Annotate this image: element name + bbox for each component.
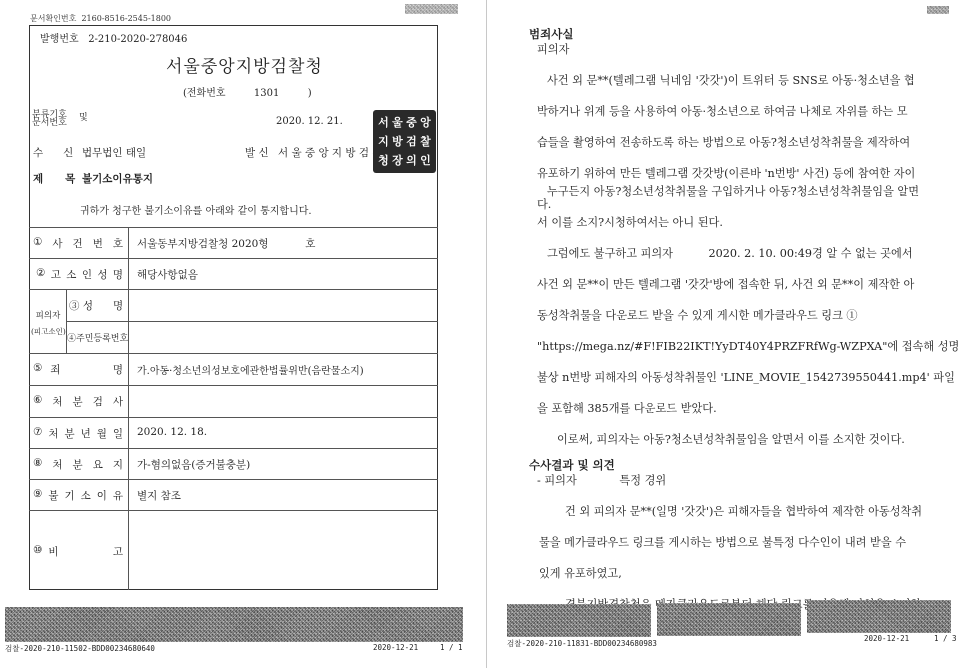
suspect-label: 피의자: [537, 34, 569, 65]
para1-line: 습들을 촬영하여 전송하도록 하는 방법으로 아동?청소년성착취물을 제작하여: [537, 127, 915, 158]
seal-char: 검: [405, 133, 418, 151]
seal-char: 인: [419, 151, 432, 169]
seal-char: 중: [405, 114, 418, 132]
label-char: 사: [113, 394, 123, 409]
label-char: 고: [51, 267, 61, 282]
classification-and: 및: [79, 110, 88, 123]
label-char: 분: [64, 426, 74, 441]
label-char: 처: [52, 457, 62, 472]
paragraph-2: 누구든지 아동?청소년성착취물을 구입하거나 아동?청소년성착취물임을 알면 서…: [537, 176, 919, 238]
para3-line: "https://mega.nz/#F!FIB22IKT!YyDT40Y4PRZ…: [537, 331, 959, 362]
sub-heading: - 피의자 특정 경위: [537, 465, 666, 496]
row-value-disposition-date: 2020. 12. 18.: [137, 426, 207, 438]
document-date: 2020. 12. 21.: [276, 116, 343, 127]
classification-label-line2: 문서번호: [32, 119, 67, 127]
label-char: ⑧: [33, 457, 42, 472]
sender-label: 발 신: [245, 145, 269, 160]
label-char: ⑩: [33, 544, 42, 559]
seal-char: 서: [377, 114, 390, 132]
classification-label: 분류기호 문서번호: [32, 111, 67, 127]
label-char: 호: [113, 236, 123, 251]
label-char: 년: [81, 426, 91, 441]
para2-line: 누구든지 아동?청소년성착취물을 구입하거나 아동?청소년성착취물임을 알면: [537, 176, 919, 207]
issue-line: 발행번호 2-210-2020-278046: [40, 30, 187, 45]
row-label-case-number: ① 사 건 번 호: [33, 236, 123, 251]
para5-line: 물을 메가클라우드 링크를 게시하는 방법으로 불특정 다수인이 내려 받을 수: [539, 527, 922, 558]
row-label-complainant: ② 고 소 인 성 명: [36, 267, 123, 282]
label-char: 번: [93, 236, 103, 251]
seal-char: 청: [377, 151, 390, 169]
label-char: 일: [113, 426, 123, 441]
row-label-nonprosecution-reason: ⑨ 불 기 소 이 유: [33, 488, 123, 503]
issue-label: 발행번호: [40, 34, 79, 45]
label-char: 죄: [50, 362, 60, 377]
label-char: 명: [113, 362, 123, 377]
label-char: 불: [48, 488, 58, 503]
label-char: 소: [81, 488, 91, 503]
notice-page-left: 문서확인번호 2160-8516-2545-1800 발행번호 2-210-20…: [0, 0, 480, 668]
seal-char: 울: [391, 114, 404, 132]
issue-number: 2-210-2020-278046: [88, 34, 187, 45]
suspect-group-label: 피의자 (피고소인): [31, 308, 65, 340]
label-char: 처: [48, 426, 58, 441]
label-char: 성: [97, 267, 107, 282]
seal-char: 지: [377, 133, 390, 151]
label-char: 분: [73, 457, 83, 472]
case-number-suffix: 호: [305, 238, 315, 250]
label-char: ①: [33, 236, 42, 251]
footer-barcode-2: [657, 603, 801, 636]
label-char: 고: [113, 544, 123, 559]
recipient-label: 수 신: [33, 145, 73, 160]
intro-text: 귀하가 청구한 불기소이유를 아래와 같이 통지합니다.: [80, 202, 312, 217]
footer-date: 2020-12-21: [373, 643, 418, 652]
label-char: 지: [113, 457, 123, 472]
footer-code: 검찰-2020-210-11502-BDD00234680640: [5, 643, 155, 654]
row-value-nonprosecution-reason: 별지 참조: [137, 488, 181, 503]
recipient-value: 법무법인 태일: [82, 145, 146, 160]
label-char: 이: [97, 488, 107, 503]
footer-page: 1 / 3: [934, 634, 957, 643]
seal-char: 방: [391, 133, 404, 151]
label-char: 검: [93, 394, 103, 409]
row-label-disposition-date: ⑦ 처 분 년 월 일: [33, 426, 123, 441]
paragraph-4: 이로써, 피의자는 아동?청소년성착취물임을 알면서 이를 소지한 것이다.: [557, 424, 905, 455]
para3-line: 불상 n번방 피해자의 아동성착취물인 'LINE_MOVIE_15427395…: [537, 362, 959, 393]
seal-char: 찰: [419, 133, 432, 151]
paragraph-3: 그럼에도 불구하고 피의자 2020. 2. 10. 00:49경 알 수 없는…: [537, 238, 959, 424]
para5-line: 건 외 피의자 문**(일명 '갓갓')은 피해자들을 협박하여 제작한 아동성…: [539, 496, 922, 527]
subject-value: 불기소이유통지: [82, 171, 153, 186]
footer-date: 2020-12-21: [864, 634, 909, 643]
para3-line: 을 포함해 385개를 다운로드 받았다.: [537, 393, 959, 424]
label-char: 명: [113, 267, 123, 282]
footer-barcode-3: [807, 600, 951, 633]
phone-close: ): [308, 88, 312, 99]
row-label-prosecutor: ⑥ 처 분 검 사: [33, 394, 123, 409]
label-char: 사: [52, 236, 62, 251]
label-char: ②: [36, 267, 45, 282]
sender-value: 서 울 중 앙 지 방 검 찰: [278, 145, 383, 160]
label-char: 인: [82, 267, 92, 282]
para3-line: 동성착취물을 다운로드 받을 수 있게 게시한 메가클라우드 링크 ①: [537, 300, 959, 331]
phone-number: 1301: [254, 88, 279, 99]
label-char: 월: [97, 426, 107, 441]
label-char: 소: [66, 267, 76, 282]
para5-line: 있게 유포하였고,: [539, 558, 922, 589]
notice-page-right: 범죄사실 피의자 사건 외 문**(텔레그램 닉네임 '갓갓')이 트위터 등 …: [486, 0, 960, 668]
label-char: 건: [73, 236, 83, 251]
label-char: ⑥: [33, 394, 42, 409]
subject-label: 제 목: [33, 171, 75, 186]
row-value-charge: 가.아동·청소년의성보호에관한법률위반(음란물소지): [137, 362, 364, 377]
para1-line: 박하거나 위계 등을 사용하여 아동·청소년으로 하여금 나체로 자위를 하는 …: [537, 96, 915, 127]
row-value-complainant: 해당사항없음: [137, 267, 198, 282]
label-char: ⑨: [33, 488, 42, 503]
label-char: 유: [113, 488, 123, 503]
seal-char: 앙: [419, 114, 432, 132]
label-char: 비: [48, 544, 58, 559]
label-char: ⑦: [33, 426, 42, 441]
agency-title: 서울중앙지방검찰청: [166, 52, 323, 77]
row-label-remarks: ⑩ 비 고: [33, 544, 123, 559]
label-char: 처: [52, 394, 62, 409]
case-number-value: 서울동부지방검찰청 2020형: [137, 238, 269, 250]
label-char: ⑤: [33, 362, 42, 377]
para2-line: 서 이를 소지?시청하여서는 아니 된다.: [537, 207, 919, 238]
phone-label: (전화번호: [183, 88, 226, 99]
suspect-label: 피의자: [31, 308, 65, 324]
footer-barcode-1: [507, 604, 651, 637]
label-char: 분: [73, 394, 83, 409]
row-value-disposition-summary: 가-혐의없음(증거불충분): [137, 457, 250, 472]
footer-barcode: [5, 607, 463, 642]
para3-line: 사건 외 문**이 만든 텔레그램 '갓갓'방에 접속한 뒤, 사건 외 문**…: [537, 269, 959, 300]
row-label-disposition-summary: ⑧ 처 분 요 지: [33, 457, 123, 472]
header-barcode: [405, 4, 458, 14]
official-seal: 서 울 중 앙 지 방 검 찰 청 장 의 인: [373, 110, 436, 173]
seal-char: 장: [391, 151, 404, 169]
phone-line: (전화번호 1301 ): [183, 84, 312, 99]
footer-page: 1 / 1: [440, 643, 463, 652]
label-char: 기: [64, 488, 74, 503]
label-char: 요: [93, 457, 103, 472]
para3-line: 그럼에도 불구하고 피의자 2020. 2. 10. 00:49경 알 수 없는…: [537, 238, 959, 269]
para1-line: 사건 외 문**(텔레그램 닉네임 '갓갓')이 트위터 등 SNS로 아동·청…: [537, 65, 915, 96]
suspect-id-label: ④주민등록번호: [67, 331, 128, 344]
doc-confirm-number: 2160-8516-2545-1800: [81, 14, 171, 23]
footer-code: 검찰-2020-210-11831-BDD00234680983: [507, 638, 657, 649]
suspect-name-label: ③ 성 명: [69, 298, 123, 313]
row-label-charge: ⑤ 죄 명: [33, 362, 123, 377]
seal-char: 의: [405, 151, 418, 169]
row-value-case-number: 서울동부지방검찰청 2020형 호: [137, 236, 315, 251]
header-barcode: [927, 6, 949, 14]
suspect-sublabel: (피고소인): [31, 324, 65, 340]
paragraph-5: 건 외 피의자 문**(일명 '갓갓')은 피해자들을 협박하여 제작한 아동성…: [539, 496, 922, 589]
doc-confirm-label: 문서확인번호: [30, 14, 76, 23]
doc-confirm-line: 문서확인번호 2160-8516-2545-1800: [30, 13, 171, 24]
